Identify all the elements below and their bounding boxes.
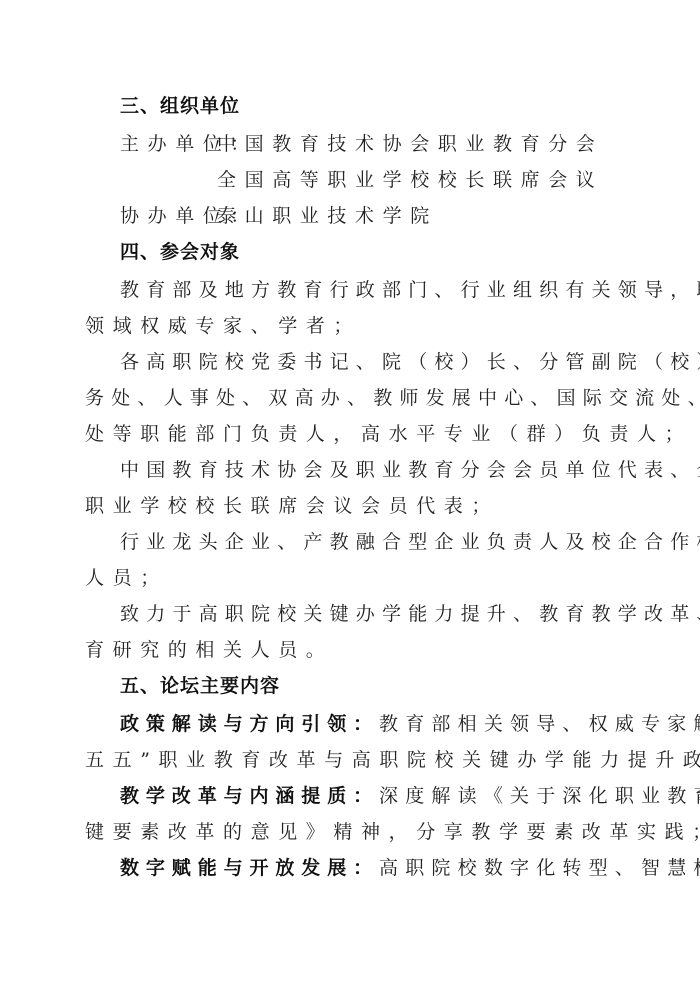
host-org-2: 全国高等职业学校校长联席会议 <box>217 166 603 194</box>
content-item-2: 教学改革与内涵提质：深度解读《关于深化职业教育教学关 <box>120 782 700 810</box>
paragraph-line: 致力于高职院校关键办学能力提升、教育教学改革、职业教 <box>120 600 700 628</box>
item-text: 教育部相关领导、权威专家解读“十 <box>379 713 700 735</box>
paragraph-line: 五五”职业教育改革与高职院校关键办学能力提升政策； <box>85 746 700 774</box>
paragraph-line: 育研究的相关人员。 <box>85 636 333 664</box>
section-heading-3: 三、组织单位 <box>120 92 240 120</box>
item-title: 政策解读与方向引领： <box>120 713 379 735</box>
section-heading-4: 四、参会对象 <box>120 238 240 266</box>
item-title: 教学改革与内涵提质： <box>120 785 379 807</box>
paragraph-line: 领域权威专家、学者； <box>85 312 361 340</box>
item-text: 深度解读《关于深化职业教育教学关 <box>379 785 700 807</box>
paragraph-line: 行业龙头企业、产教融合型企业负责人及校企合作相关管理 <box>120 528 700 556</box>
paragraph-line: 职业学校校长联席会议会员代表； <box>85 492 499 520</box>
host-org-1: 中国教育技术协会职业教育分会 <box>217 130 603 158</box>
paragraph-line: 处等职能部门负责人，高水平专业（群）负责人； <box>85 420 692 448</box>
paragraph-line: 键要素改革的意见》精神，分享教学要素改革实践； <box>85 818 700 846</box>
item-title: 数字赋能与开放发展： <box>120 857 379 879</box>
paragraph-line: 各高职院校党委书记、院（校）长、分管副院（校）长，教 <box>120 348 700 376</box>
paragraph-line: 人员； <box>85 564 168 592</box>
paragraph-line: 中国教育技术协会及职业教育分会会员单位代表、全国高等 <box>120 456 700 484</box>
co-host-org: 泰山职业技术学院 <box>217 202 438 230</box>
content-item-1: 政策解读与方向引领：教育部相关领导、权威专家解读“十 <box>120 710 700 738</box>
section-heading-5: 五、论坛主要内容 <box>120 672 280 700</box>
item-text: 高职院校数字化转型、智慧校园建设 <box>379 857 700 879</box>
paragraph-line: 教育部及地方教育行政部门、行业组织有关领导，职业教育 <box>120 276 700 304</box>
content-item-3: 数字赋能与开放发展：高职院校数字化转型、智慧校园建设 <box>120 854 700 882</box>
paragraph-line: 务处、人事处、双高办、教师发展中心、国际交流处、校企合作 <box>85 384 700 412</box>
